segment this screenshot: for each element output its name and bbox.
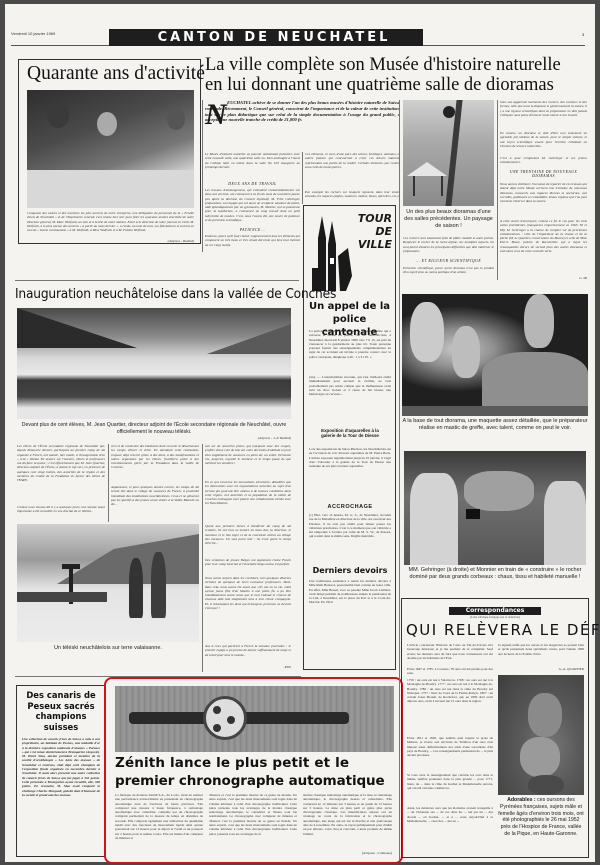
police-body-1: La police cantonale communique : « L'aut… [309,329,391,373]
conches-col3e: Nous avons surpris dans les corridors, l… [205,576,291,640]
credit-zenith: (Avipress - Comtesse) [335,851,392,855]
signature-conches: RWS [255,665,291,669]
headline-musee-1: La ville complète son Musée d'histoire n… [205,55,561,76]
section-banner: CANTON DE NEUCHATEL [109,29,423,46]
defi-col1b: Entre 1667 et 1785, à Cornaux, 78 ours o… [407,667,493,676]
musee-col3b: En somme, un diorama se doit d'être non … [500,131,587,153]
defi-col1: L'article concernant l'histoire de l'our… [407,643,493,665]
cathedral-icon [312,216,354,291]
article-defi: Correspondances (Cette rubrique n'engage… [401,598,589,858]
defi-col1f: Ainsi, les dernières ours que les Romain… [407,806,493,854]
zenith-col2: d'heures et c'est la première montre de … [209,793,297,856]
musee-col1b: Les travaux d'aménagement, qui s'étenden… [205,188,300,226]
caption-diorama-2: A la base de tout diorama, une maquette … [402,418,588,432]
defi-col1d: Entre 1811 et 1820, que semble quel repa… [407,736,493,770]
photo-dinner [27,90,194,208]
conches-col3d: Des centaines de jeunes Belges ont égale… [205,558,291,572]
aquarelles-body: Lors des expositions du Salon Pinchon, l… [309,447,391,499]
signature-defi: A.-A. QUARTIER [522,667,584,671]
section-title: CANTON DE NEUCHATEL [158,29,391,46]
musee-col3e: A cette œuvre d'envergure, comme ce fut … [500,219,587,272]
lead-text: EUCHATEL achève de se donner l'un des pl… [205,100,400,148]
horizontal-rule [15,280,299,281]
musee-col2: Ces éléments, ce sont, d'une part, des a… [305,152,400,186]
subhead-trentaine: UNE TRENTAINE DE NOUVEAUX DIORAMAS [500,170,587,178]
musee-col3c: C'est à quoi s'emploient M. Gehringer et… [500,156,587,165]
musee-col1: Le Musée d'histoire naturelle va pouvoir… [205,152,300,180]
caption-teleski: Un téléski neuchâtelois sur terre valais… [17,645,199,652]
signature-musee: G. Mt [560,276,587,280]
canaris-body: Une collection de canaris frisés de Suis… [22,737,100,853]
credit-conches: (Avipress - J.-P. Baillod) [205,436,291,440]
conches-col3f: Aux à ceux qui partirent à Fiesch la sem… [205,644,291,662]
issue-date: Vendredi 10 janvier 1969 [11,31,55,36]
photo-birds-model [402,294,588,416]
photo-workers [404,451,586,565]
newspaper-page: Vendredi 10 janvier 1969 CANTON DE NEUCH… [5,4,595,862]
caption-diorama-1: Un des plus beaux dioramas d'une des sal… [403,209,494,230]
correspondances-sub: (Cette rubrique n'engage pas la rédactio… [449,615,541,619]
headline-zenith-1: Zénith lance le plus petit et le [115,754,394,772]
subhead-accrochage: ACCROCHAGE [309,504,391,510]
musee-col3: Sous son apparente harmonie des rochers,… [500,100,587,128]
column-tour-de-ville: TOUR DE VILLE Un appel de la police cant… [303,205,396,670]
caption-bears: Adorables : ces oursons des Pyrénées fra… [498,797,584,838]
subhead-deux-ans: DEUX ANS DE TRAVAIL [205,182,300,186]
conches-col2b: Auparavant, et pour quelques années enco… [111,485,199,521]
photo-teleski [17,524,199,642]
credit-quarante: (Avipress - Baillod) [144,239,194,244]
defi-col1e: Si vous avez le renseignement que certai… [407,773,493,803]
defi-col2: Je signale enfin que les ourses et les b… [498,643,584,665]
correspondances-banner: Correspondances [449,607,541,615]
article-quarante-ans: Quarante ans d'activité Composée des cad… [18,59,201,244]
derniers-devoirs-body: Une nombreuse assistance a rendu les der… [309,579,391,667]
musee-lead: N EUCHATEL achève de se donner l'un des … [205,100,400,148]
headline-zenith-2: premier chronographe automatique [115,772,394,790]
caption-workers: MM. Gehringer (à droite) et Monnier en t… [404,567,586,581]
header-rule-left [11,45,109,46]
page-number: 3 [582,32,584,37]
caption-bears-text: ces oursons des Pyrénées françaises, suj… [498,797,583,837]
headline-musee-2: en lui donnant une quatrième salle de di… [205,75,554,96]
police-body-2: (ats). — L'automobiliste inconnu, qui s'… [309,375,391,419]
column-rule [302,152,303,204]
accrochage-body: (c) Hier, vers 14 heures, M. G. S., de N… [309,513,391,559]
conches-col3: mis sur de nouvelles pistes, qui marquen… [205,444,291,476]
caption-conches: Devant plus de cent élèves, M. Jean Quar… [17,422,291,436]
conches-col1: Les élèves de l'École secondaire régiona… [17,444,105,502]
musee-col2d: Précision scientifique, parce qu'un dior… [403,266,494,280]
subhead-patience: PATIENCE... [205,228,300,232]
conches-col1b: Comme nous l'avons dit il y a quelques j… [17,505,105,521]
headline-derniers-devoirs: Derniers devoirs [307,566,393,575]
photo-zenith-watch [115,686,394,752]
subhead-aquarelles: Exposition d'aquarelles à la galerie de … [314,428,386,439]
column-rule [202,444,203,672]
headline-conches: Inauguration neuchâteloise dans la vallé… [15,287,336,303]
photo-ski-assembly [17,308,291,419]
musee-col1c: Patience, parce qu'il faut choisir soign… [205,234,300,252]
horizontal-rule [15,676,301,677]
zenith-col3: montre classique remontage automatique e… [303,793,392,849]
caption-quarante: Composée des cadres et des membres les p… [27,211,194,241]
article-canaris: Des canaris de Peseux sacrés champions s… [16,685,106,857]
headline-canaris: Des canaris de Peseux sacrés champions s… [20,690,102,732]
subhead-rigueur: ... ET RIGUEUR SCIENTIFIQUE [403,259,494,263]
musee-col2c: Ces rochers sont totalement faits de plâ… [403,236,494,256]
photo-bear-cubs [498,675,584,795]
caption-bears-lead: Adorables : [507,797,536,803]
tour-de-ville-kicker: TOUR DE VILLE [350,212,392,251]
defi-col1c: 1750 : un ours est tué à Valanvron. 1768… [407,678,493,734]
column-rule [108,444,109,522]
zenith-col1: La fabrique de montres Zénith S.A., du L… [115,793,203,856]
musee-col3d: Nous aurons d'ailleurs l'occasion de rep… [500,182,587,216]
conches-col3c: Quant aux premiers élèves à bénéficier d… [205,524,291,554]
conches-col3b: En ce qui concerne les innovations sécur… [205,480,291,520]
header-rule-right [423,45,585,46]
headline-defi: QUI RELÈVERA LE DÉFI ? [406,621,586,639]
column-rule [497,100,498,280]
column-rule [399,100,400,860]
column-rule [202,100,203,252]
headline-quarante: Quarante ans d'activité [27,63,205,85]
photo-diorama-winter [403,100,494,206]
conches-col2: vers et de construire des bâtiments dont… [111,444,199,482]
